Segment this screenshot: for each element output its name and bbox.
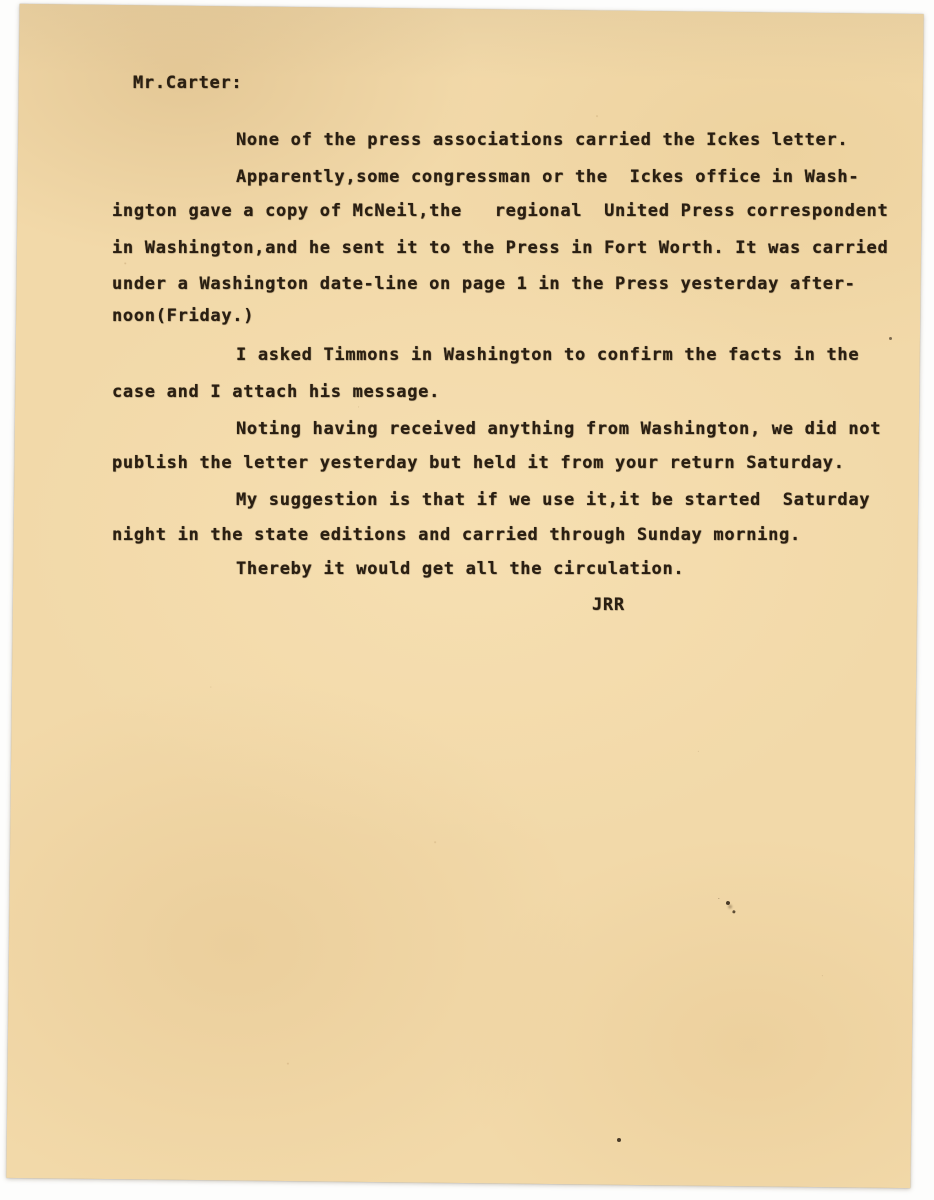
letter-line: I asked Timmons in Washington to confirm… <box>236 344 859 366</box>
letter-line: in Washington,and he sent it to the Pres… <box>112 237 888 259</box>
letter-text: Mr.Carter: None of the press association… <box>0 0 934 1200</box>
letter-line: None of the press associations carried t… <box>236 129 848 151</box>
letter-line: case and I attach his message. <box>112 381 440 403</box>
letter-line: Thereby it would get all the circulation… <box>236 558 684 580</box>
salutation: Mr.Carter: <box>133 72 242 94</box>
signature-initials: JRR <box>592 594 625 616</box>
ink-speck <box>617 1138 621 1142</box>
letter-line: night in the state editions and carried … <box>112 524 801 546</box>
ink-speck <box>889 337 892 340</box>
letter-line: under a Washington date-line on page 1 i… <box>112 273 856 295</box>
letter-line: My suggestion is that if we use it,it be… <box>236 489 870 511</box>
letter-line: Apparently,some congressman or the Ickes… <box>236 166 859 188</box>
scanned-letter-page: Mr.Carter: None of the press association… <box>0 0 934 1200</box>
letter-line: ington gave a copy of McNeil,the regiona… <box>112 200 888 222</box>
letter-line: publish the letter yesterday but held it… <box>112 452 845 474</box>
letter-line: Noting having received anything from Was… <box>236 418 881 440</box>
letter-line: noon(Friday.) <box>112 305 254 327</box>
